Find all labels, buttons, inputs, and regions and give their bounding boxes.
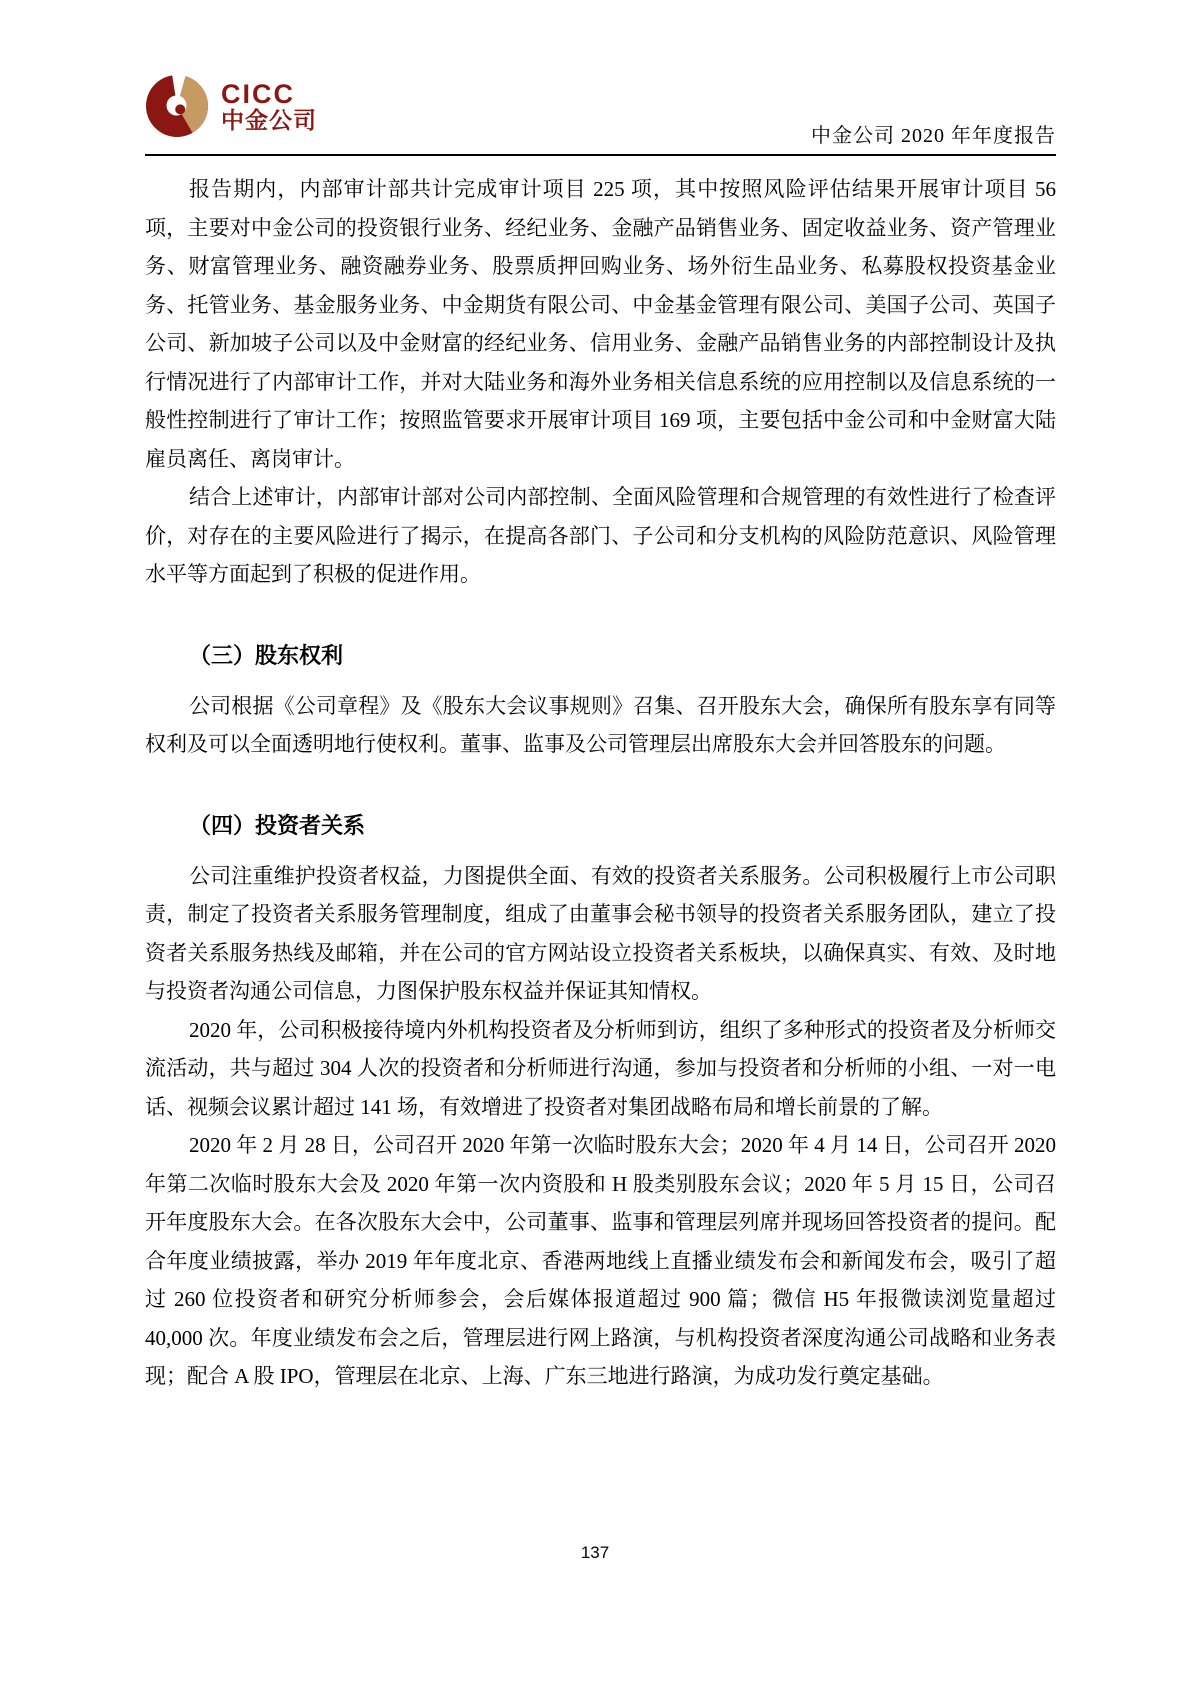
paragraph-investor-relations-2: 2020 年，公司积极接待境内外机构投资者及分析师到访，组织了多种形式的投资者及… [145, 1011, 1056, 1127]
paragraph-investor-relations-1: 公司注重维护投资者权益，力图提供全面、有效的投资者关系服务。公司积极履行上市公司… [145, 857, 1056, 1011]
paragraph-audit-conclusion: 结合上述审计，内部审计部对公司内部控制、全面风险管理和合规管理的有效性进行了检查… [145, 478, 1056, 594]
report-page: CICC 中金公司 中金公司 2020 年年度报告 报告期内，内部审计部共计完成… [0, 0, 1190, 1683]
page-header: CICC 中金公司 中金公司 2020 年年度报告 [145, 72, 1056, 156]
section-heading-shareholder-rights: （三）股东权利 [145, 640, 1056, 672]
paragraph-shareholder-rights: 公司根据《公司章程》及《股东大会议事规则》召集、召开股东大会，确保所有股东享有同… [145, 687, 1056, 764]
paragraph-audit-summary: 报告期内，内部审计部共计完成审计项目 225 项，其中按照风险评估结果开展审计项… [145, 170, 1056, 478]
cicc-logo-text-zh: 中金公司 [221, 108, 317, 132]
cicc-logo: CICC 中金公司 [145, 74, 317, 138]
cicc-logo-text-en: CICC [221, 80, 317, 108]
cicc-logo-wordmark: CICC 中金公司 [221, 80, 317, 132]
document-body: 报告期内，内部审计部共计完成审计项目 225 项，其中按照风险评估结果开展审计项… [145, 170, 1056, 1396]
page-number: 137 [0, 1543, 1190, 1563]
cicc-logo-icon [145, 74, 209, 138]
report-title: 中金公司 2020 年年度报告 [811, 119, 1056, 148]
section-heading-investor-relations: （四）投资者关系 [145, 810, 1056, 842]
paragraph-investor-relations-3: 2020 年 2 月 28 日，公司召开 2020 年第一次临时股东大会；202… [145, 1126, 1056, 1396]
